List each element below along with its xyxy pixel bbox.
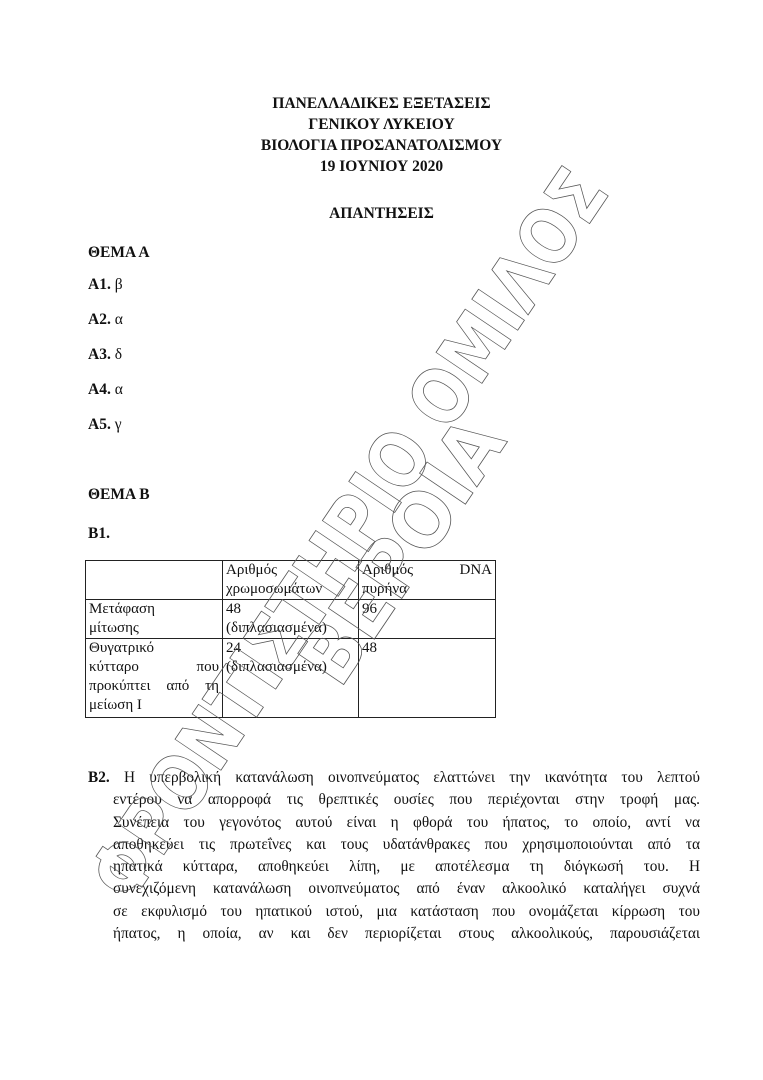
cell-text: Θυγατρικό xyxy=(89,639,219,658)
header-line-subject: ΒΙΟΛΟΓΙΑ ΠΡΟΣΑΝΑΤΟΛΙΣΜΟΥ xyxy=(0,135,763,156)
answer-value: γ xyxy=(115,416,122,433)
table-header-cell xyxy=(86,561,223,600)
answers-title: ΑΠΑΝΤΗΣΕΙΣ xyxy=(0,205,763,223)
cell-text: μίτωσης xyxy=(89,619,219,638)
cell-text: κύτταρο που xyxy=(89,658,219,677)
header-line-school: ΓΕΝΙΚΟΥ ΛΥΚΕΙΟΥ xyxy=(0,114,763,135)
header-text: πυρήνα xyxy=(362,580,492,599)
header-line-exams: ΠΑΝΕΛΛΑΔΙΚΕΣ ΕΞΕΤΑΣΕΙΣ xyxy=(0,93,763,114)
table-cell: 96 xyxy=(359,600,496,639)
answer-a2: Α2. α xyxy=(88,311,123,329)
table-cell: 48 (διπλασιασμένα) xyxy=(223,600,359,639)
answer-label: Α1. xyxy=(88,276,111,293)
b2-label: Β2. xyxy=(88,769,110,786)
table-cell: 48 xyxy=(359,639,496,718)
table-cell: 24 (διπλασιασμένα) xyxy=(223,639,359,718)
header-line-date: 19 ΙΟΥΝΙΟΥ 2020 xyxy=(0,156,763,177)
b2-line: Β2. Η υπερβολική κατανάλωση οινοπνεύματο… xyxy=(88,767,700,789)
answer-a1: Α1. β xyxy=(88,276,123,294)
answer-value: δ xyxy=(115,346,122,363)
answer-a4: Α4. α xyxy=(88,381,123,399)
table-row: Θυγατρικό κύτταρο που προκύπτει από τη μ… xyxy=(86,639,496,718)
answer-a5: Α5. γ xyxy=(88,416,122,434)
theme-a-title: ΘΕΜΑ Α xyxy=(88,244,150,262)
answer-value: α xyxy=(115,311,123,328)
cell-text: (διπλασιασμένα) xyxy=(226,658,355,677)
b2-line: σε εκφυλισμό του ηπατικού ιστού, μια κατ… xyxy=(88,901,700,923)
document-header: ΠΑΝΕΛΛΑΔΙΚΕΣ ΕΞΕΤΑΣΕΙΣ ΓΕΝΙΚΟΥ ΛΥΚΕΙΟΥ Β… xyxy=(0,93,763,177)
answer-a3: Α3. δ xyxy=(88,346,122,364)
table-header-cell: ΑριθμόςDNA πυρήνα xyxy=(359,561,496,600)
b2-line: ηπατικά κύτταρα, αποθηκεύει λίπη, με απο… xyxy=(88,856,700,878)
table-header-cell: Αριθμός χρωμοσωμάτων xyxy=(223,561,359,600)
header-text: ΑριθμόςDNA xyxy=(362,561,492,580)
b2-line: Συνέπεια του γεγονότος αυτού είναι η φθο… xyxy=(88,812,700,834)
answer-label: Α4. xyxy=(88,381,111,398)
b2-text: Η υπερβολική κατανάλωση οινοπνεύματος ελ… xyxy=(124,769,700,786)
b2-line: ήπατος, η οποία, αν και δεν περιορίζεται… xyxy=(88,923,700,945)
answer-value: β xyxy=(115,276,123,293)
cell-text: μείωση Ι xyxy=(89,696,219,715)
table-row: Μετάφαση μίτωσης 48 (διπλασιασμένα) 96 xyxy=(86,600,496,639)
table-cell: Μετάφαση μίτωσης xyxy=(86,600,223,639)
table-cell: Θυγατρικό κύτταρο που προκύπτει από τη μ… xyxy=(86,639,223,718)
cell-text: προκύπτει από τη xyxy=(89,677,219,696)
b1-table: Αριθμός χρωμοσωμάτων ΑριθμόςDNA πυρήνα Μ… xyxy=(85,560,496,718)
b2-line: συνεχιζόμενη κατανάλωση οινοπνεύματος απ… xyxy=(88,878,700,900)
answer-label: Α5. xyxy=(88,416,111,433)
document-page: ΠΑΝΕΛΛΑΔΙΚΕΣ ΕΞΕΤΑΣΕΙΣ ΓΕΝΙΚΟΥ ΛΥΚΕΙΟΥ Β… xyxy=(0,0,763,1080)
header-text: Αριθμός xyxy=(226,561,355,580)
b1-label: Β1. xyxy=(88,525,110,543)
b2-answer: Β2. Η υπερβολική κατανάλωση οινοπνεύματο… xyxy=(88,767,700,945)
cell-text: 48 xyxy=(226,600,355,619)
cell-text: Μετάφαση xyxy=(89,600,219,619)
b2-line: αποθηκεύει τις πρωτεΐνες και τους υδατάν… xyxy=(88,834,700,856)
b2-line: εντέρου να απορροφά τις θρεπτικές ουσίες… xyxy=(88,789,700,811)
table-header-row: Αριθμός χρωμοσωμάτων ΑριθμόςDNA πυρήνα xyxy=(86,561,496,600)
theme-b-title: ΘΕΜΑ Β xyxy=(88,486,150,504)
cell-text: 24 xyxy=(226,639,355,658)
answer-value: α xyxy=(115,381,123,398)
header-text: χρωμοσωμάτων xyxy=(226,580,355,599)
answer-label: Α3. xyxy=(88,346,111,363)
answer-label: Α2. xyxy=(88,311,111,328)
cell-text: (διπλασιασμένα) xyxy=(226,619,355,638)
